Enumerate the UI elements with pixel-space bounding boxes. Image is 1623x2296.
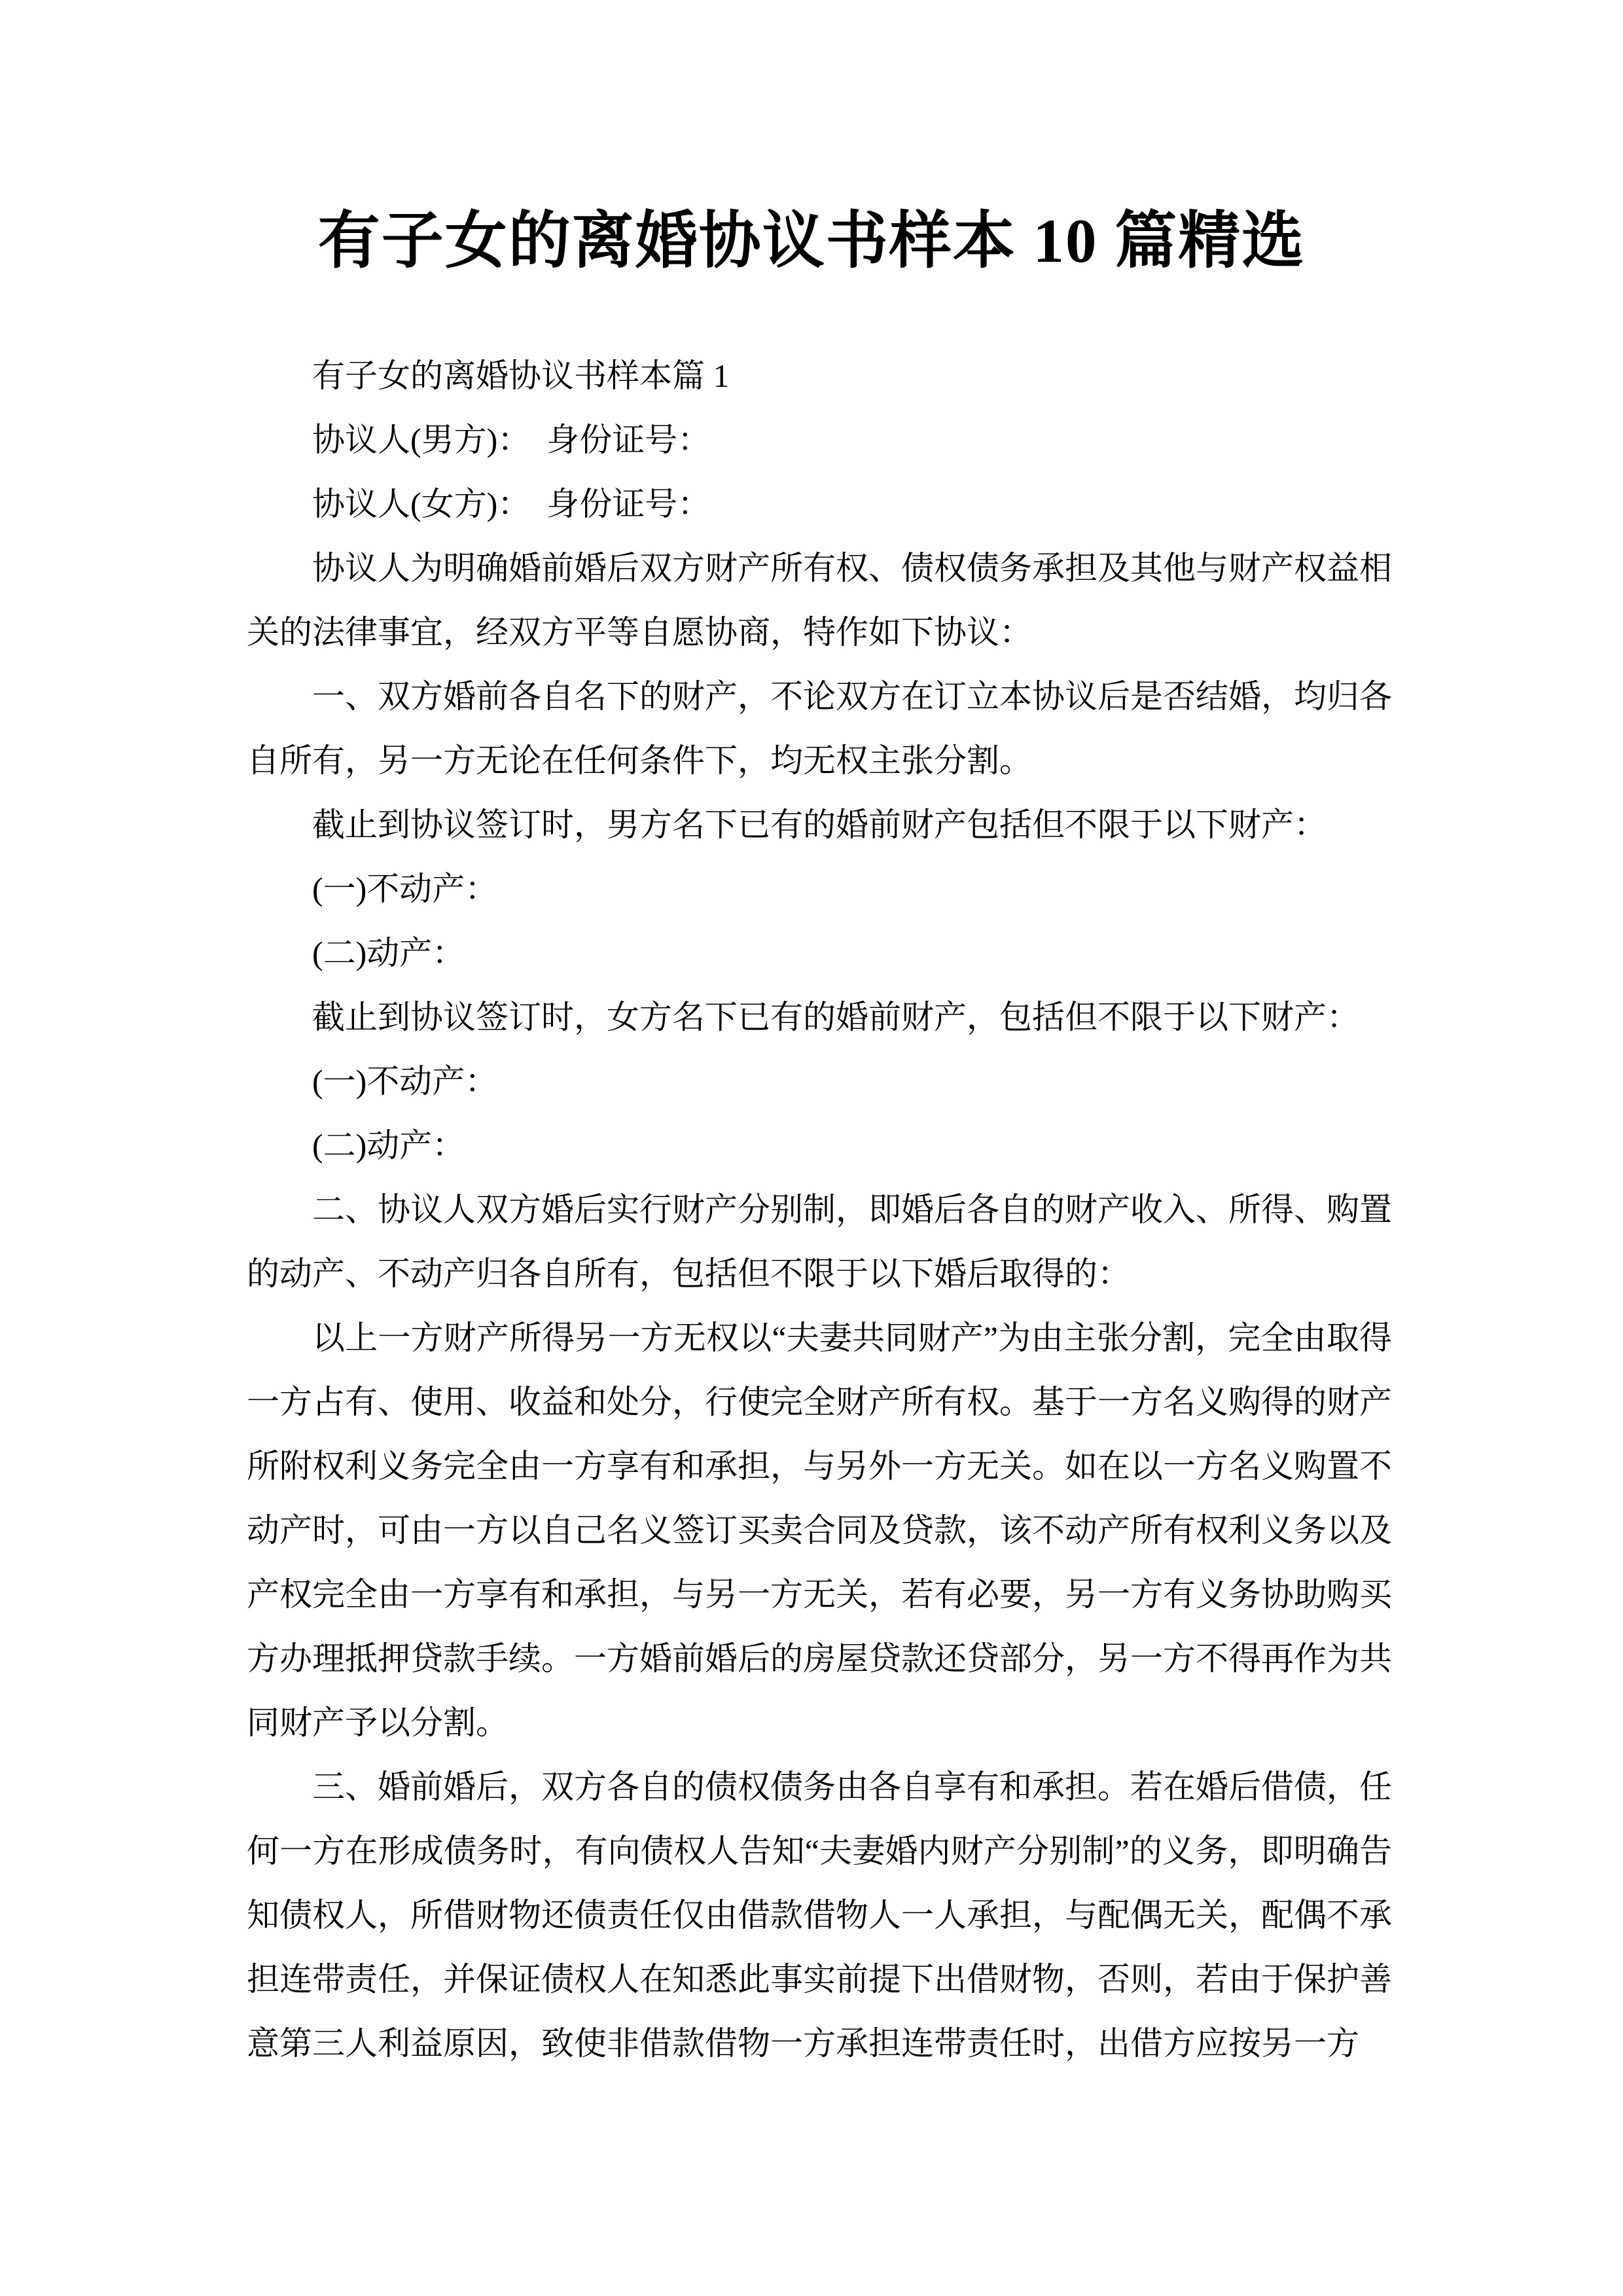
- paragraph: 以上一方财产所得另一方无权以“夫妻共同财产”为由主张分割，完全由取得一方占有、使…: [247, 1306, 1392, 1755]
- paragraph: 二、协议人双方婚后实行财产分别制，即婚后各自的财产收入、所得、购置的动产、不动产…: [247, 1177, 1392, 1306]
- paragraph: 三、婚前婚后，双方各自的债权债务由各自享有和承担。若在婚后借债，任何一方在形成债…: [247, 1755, 1392, 2075]
- paragraph: (二)动产：: [247, 1113, 1392, 1177]
- document-body: 有子女的离婚协议书样本篇 1协议人(男方)： 身份证号：协议人(女方)： 身份证…: [247, 344, 1392, 2075]
- paragraph: 截止到协议签订时，男方名下已有的婚前财产包括但不限于以下财产：: [247, 793, 1392, 857]
- document-page: 有子女的离婚协议书样本 10 篇精选 有子女的离婚协议书样本篇 1协议人(男方)…: [0, 0, 1623, 2296]
- paragraph: 协议人为明确婚前婚后双方财产所有权、债权债务承担及其他与财产权益相关的法律事宜，…: [247, 536, 1392, 664]
- paragraph: 协议人(男方)： 身份证号：: [247, 408, 1392, 472]
- paragraph: (一)不动产：: [247, 1049, 1392, 1113]
- paragraph: (二)动产：: [247, 921, 1392, 985]
- document-title: 有子女的离婚协议书样本 10 篇精选: [0, 202, 1623, 280]
- paragraph: 有子女的离婚协议书样本篇 1: [247, 344, 1392, 408]
- paragraph: (一)不动产：: [247, 857, 1392, 921]
- paragraph: 协议人(女方)： 身份证号：: [247, 472, 1392, 536]
- paragraph: 截止到协议签订时，女方名下已有的婚前财产，包括但不限于以下财产：: [247, 985, 1392, 1049]
- paragraph: 一、双方婚前各自名下的财产，不论双方在订立本协议后是否结婚，均归各自所有，另一方…: [247, 664, 1392, 793]
